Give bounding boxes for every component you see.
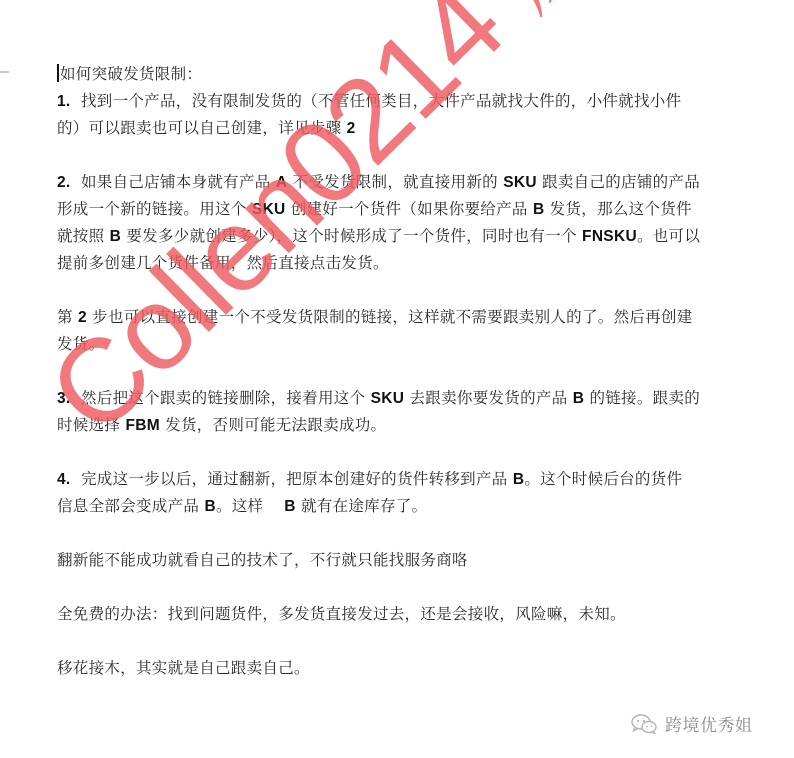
text-line: 发货。 bbox=[57, 331, 757, 358]
ruler-margin-marker bbox=[0, 71, 9, 73]
paragraph-step2: 2. 如果自己店铺本身就有产品 A 不受发货限制，就直接用新的 SKU 跟卖自己… bbox=[57, 169, 757, 277]
text-line: 形成一个新的链接。用这个 SKU 创建好一个货件（如果你要给产品 B 发货，那么… bbox=[57, 196, 757, 223]
text-run: 发货，那么这个货件 bbox=[544, 200, 691, 218]
watermark-cjk-text: 原创手打 bbox=[455, 0, 794, 34]
bold-run: B bbox=[204, 498, 216, 515]
text-run: 。也可以 bbox=[637, 227, 700, 245]
text-run: 的）可以跟卖也可以自己创建，详见步骤 bbox=[57, 119, 347, 137]
paragraph-refurbish-note: 翻新能不能成功就看自己的技术了，不行就只能找服务商咯 bbox=[57, 547, 757, 574]
text-run: 形成一个新的链接。用这个 bbox=[57, 200, 252, 218]
bold-run: SKU bbox=[252, 201, 286, 218]
text-run: 去跟卖你要发货的产品 bbox=[404, 389, 572, 407]
text-line: 全免费的办法：找到问题货件，多发货直接发过去，还是会接收，风险嘛，未知。 bbox=[57, 601, 757, 628]
text-line: 的）可以跟卖也可以自己创建，详见步骤 2 bbox=[57, 115, 757, 142]
text-line: 信息全部会变成产品 B。这样 B 就有在途库存了。 bbox=[57, 493, 757, 520]
paragraph-step4: 4. 完成这一步以后，通过翻新，把原本创建好的货件转移到产品 B。这个时候后台的… bbox=[57, 466, 757, 520]
text-run: 提前多创建几个货件备用，然后直接点击发货。 bbox=[57, 254, 389, 272]
text-run: 不受发货限制，就直接用新的 bbox=[287, 173, 503, 191]
text-line: 提前多创建几个货件备用，然后直接点击发货。 bbox=[57, 250, 757, 277]
text-run: 发货，否则可能无法跟卖成功。 bbox=[160, 416, 386, 434]
text-run: 然后把这个跟卖的链接删除，接着用这个 bbox=[71, 389, 371, 407]
text-line: 3. 然后把这个跟卖的链接删除，接着用这个 SKU 去跟卖你要发货的产品 B 的… bbox=[57, 385, 757, 412]
text-line: 时候选择 FBM 发货，否则可能无法跟卖成功。 bbox=[57, 412, 757, 439]
text-line: 2. 如果自己店铺本身就有产品 A 不受发货限制，就直接用新的 SKU 跟卖自己… bbox=[57, 169, 757, 196]
bold-run: FBM bbox=[125, 417, 159, 434]
paragraph-step1: 1. 找到一个产品，没有限制发货的（不管任何类目，大件产品就找大件的，小件就找小… bbox=[57, 88, 757, 142]
paragraph-step3: 3. 然后把这个跟卖的链接删除，接着用这个 SKU 去跟卖你要发货的产品 B 的… bbox=[57, 385, 757, 439]
wechat-account-name: 跨境优秀姐 bbox=[665, 711, 753, 736]
paragraph-spacer bbox=[57, 628, 757, 655]
paragraph-free-method: 全免费的办法：找到问题货件，多发货直接发过去，还是会接收，风险嘛，未知。 bbox=[57, 601, 757, 628]
bold-run: 2 bbox=[78, 309, 87, 326]
paragraphs: 1. 找到一个产品，没有限制发货的（不管任何类目，大件产品就找大件的，小件就找小… bbox=[57, 88, 757, 682]
bold-run: B bbox=[573, 390, 585, 407]
text-run: 全免费的办法：找到问题货件，多发货直接发过去，还是会接收，风险嘛，未知。 bbox=[57, 605, 626, 623]
paragraph-spacer bbox=[57, 358, 757, 385]
text-line: 4. 完成这一步以后，通过翻新，把原本创建好的货件转移到产品 B。这个时候后台的… bbox=[57, 466, 757, 493]
text-run: 找到一个产品，没有限制发货的（不管任何类目，大件产品就找大件的，小件就找小件 bbox=[71, 92, 682, 110]
text-run: 步也可以直接创建一个不受发货限制的链接，这样就不需要跟卖别人的了。然后再创建 bbox=[87, 308, 693, 326]
text-run: 时候选择 bbox=[57, 416, 125, 434]
paragraph-spacer bbox=[57, 439, 757, 466]
text-run: 信息全部会变成产品 bbox=[57, 497, 204, 515]
text-run: 。这个时候后台的货件 bbox=[524, 470, 682, 488]
text-run: 如果自己店铺本身就有产品 bbox=[71, 173, 276, 191]
text-run: 就按照 bbox=[57, 227, 110, 245]
bold-run: 2. bbox=[57, 174, 71, 191]
bold-run: B bbox=[284, 498, 296, 515]
paragraph-step2-note: 第 2 步也可以直接创建一个不受发货限制的链接，这样就不需要跟卖别人的了。然后再… bbox=[57, 304, 757, 358]
document-body[interactable]: 如何突破发货限制： 1. 找到一个产品，没有限制发货的（不管任何类目，大件产品就… bbox=[57, 61, 757, 682]
text-run: 移花接木，其实就是自己跟卖自己。 bbox=[57, 659, 310, 677]
paragraph-spacer bbox=[57, 574, 757, 601]
text-cursor bbox=[57, 64, 59, 82]
text-run: 创建好一个货件（如果你要给产品 bbox=[285, 200, 532, 218]
bold-run: 1. bbox=[57, 93, 71, 110]
text-run: 完成这一步以后，通过翻新，把原本创建好的货件转移到产品 bbox=[71, 470, 513, 488]
bold-run: B bbox=[513, 471, 525, 488]
wechat-icon bbox=[631, 714, 657, 734]
document-title: 如何突破发货限制： bbox=[57, 61, 757, 88]
text-run: 要发多少就创建多少），这个时候形成了一个货件，同时也有一个 bbox=[121, 227, 582, 245]
bold-run: 4. bbox=[57, 471, 71, 488]
text-run: 。这样 bbox=[216, 497, 284, 515]
text-line: 就按照 B 要发多少就创建多少），这个时候形成了一个货件，同时也有一个 FNSK… bbox=[57, 223, 757, 250]
text-run: 的链接。跟卖的 bbox=[584, 389, 700, 407]
paragraph-summary: 移花接木，其实就是自己跟卖自己。 bbox=[57, 655, 757, 682]
text-run: 就有在途库存了。 bbox=[296, 497, 428, 515]
paragraph-spacer bbox=[57, 520, 757, 547]
text-line: 第 2 步也可以直接创建一个不受发货限制的链接，这样就不需要跟卖别人的了。然后再… bbox=[57, 304, 757, 331]
bold-run: 3. bbox=[57, 390, 71, 407]
bold-run: FNSKU bbox=[582, 228, 637, 245]
text-run: 翻新能不能成功就看自己的技术了，不行就只能找服务商咯 bbox=[57, 551, 468, 569]
text-run: 第 bbox=[57, 308, 78, 326]
text-run: 跟卖自己的店铺的产品 bbox=[537, 173, 700, 191]
paragraph-spacer bbox=[57, 277, 757, 304]
paragraph-spacer bbox=[57, 142, 757, 169]
text-line: 翻新能不能成功就看自己的技术了，不行就只能找服务商咯 bbox=[57, 547, 757, 574]
text-run: 发货。 bbox=[57, 335, 104, 353]
bold-run: A bbox=[276, 174, 288, 191]
bold-run: 2 bbox=[347, 120, 356, 137]
text-line: 1. 找到一个产品，没有限制发货的（不管任何类目，大件产品就找大件的，小件就找小… bbox=[57, 88, 757, 115]
bold-run: B bbox=[110, 228, 122, 245]
bold-run: SKU bbox=[503, 174, 537, 191]
bold-run: B bbox=[533, 201, 545, 218]
wechat-account-badge: 跨境优秀姐 bbox=[631, 711, 753, 736]
bold-run: SKU bbox=[371, 390, 405, 407]
text-line: 移花接木，其实就是自己跟卖自己。 bbox=[57, 655, 757, 682]
